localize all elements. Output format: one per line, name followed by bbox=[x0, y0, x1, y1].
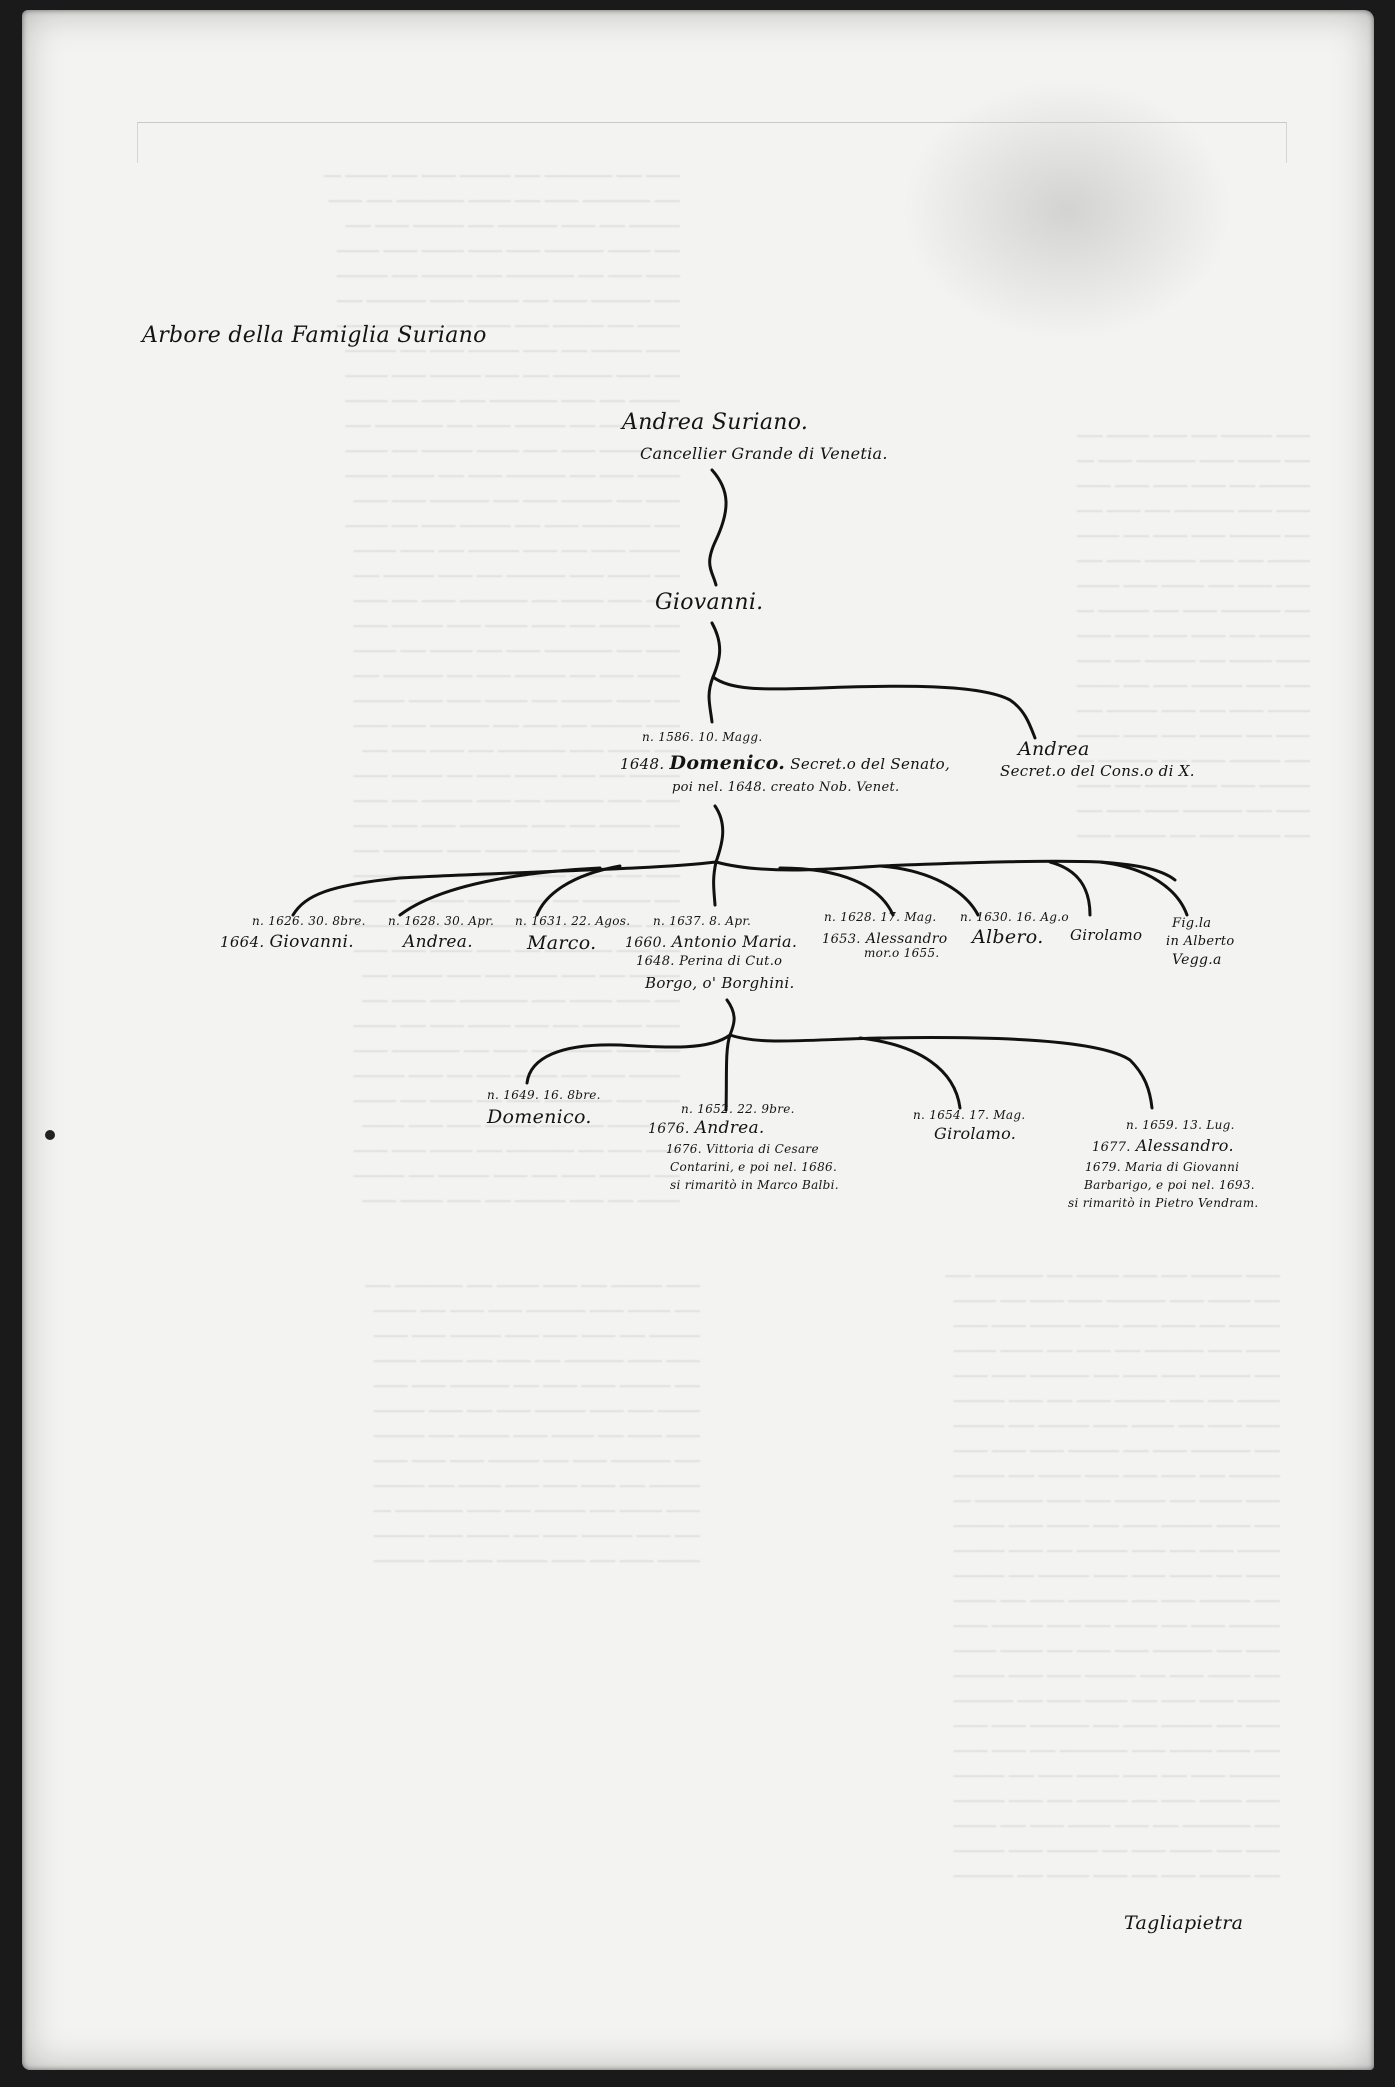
antonio-maria-spouse-family: Borgo, o' Borghini. bbox=[645, 974, 795, 992]
alessandro-2-birth: n. 1659. 13. Lug. bbox=[1126, 1118, 1235, 1132]
alessandro-2-name: Alessandro. bbox=[1136, 1136, 1234, 1155]
andrea-2-name: Andrea. bbox=[695, 1118, 765, 1138]
connector-to-figlia bbox=[1100, 862, 1187, 915]
connector-to-marco bbox=[537, 866, 620, 915]
alessandro-line: 1653. Alessandro bbox=[822, 928, 948, 947]
andrea-2-note-3: si rimaritò in Marco Balbi. bbox=[670, 1178, 839, 1192]
alessandro-2-line: 1677. Alessandro. bbox=[1092, 1136, 1234, 1155]
domenico-note: poi nel. 1648. creato Nob. Venet. bbox=[672, 780, 899, 795]
alberto-name: Albero. bbox=[972, 926, 1044, 948]
connector-to-giovanni bbox=[293, 862, 716, 915]
connector-to-girolamo bbox=[1050, 862, 1090, 915]
giovanni-child-name: Giovanni. bbox=[270, 932, 354, 952]
andrea-x-name: Andrea bbox=[1018, 738, 1090, 760]
domenico-2-name: Domenico. bbox=[487, 1106, 592, 1128]
andrea-2-line: 1676. Andrea. bbox=[648, 1118, 765, 1138]
figlia-note-2: Vegg.a bbox=[1172, 952, 1222, 968]
marco-name: Marco. bbox=[527, 932, 596, 954]
connector-to-alberto bbox=[880, 866, 978, 915]
domenico-office: Secret.o del Senato, bbox=[790, 755, 950, 773]
girolamo-name: Girolamo bbox=[1070, 926, 1142, 944]
alessandro-name: Alessandro bbox=[866, 931, 948, 947]
domenico-birth: n. 1586. 10. Magg. bbox=[642, 730, 762, 744]
alessandro-death: mor.o 1655. bbox=[864, 946, 940, 960]
giovanni-year: 1664. bbox=[220, 933, 264, 951]
alessandro-2-note-2: Barbarigo, e poi nel. 1693. bbox=[1084, 1178, 1255, 1192]
alessandro-birth: n. 1628. 17. Mag. bbox=[824, 910, 936, 924]
connector-giovanni-to-domenico bbox=[709, 623, 720, 722]
alessandro-2-year: 1677. bbox=[1092, 1140, 1131, 1155]
domenico-name: Domenico. bbox=[670, 752, 786, 774]
andrea-2-year: 1676. bbox=[648, 1121, 690, 1137]
domenico-line: 1648. Domenico. Secret.o del Senato, bbox=[620, 752, 950, 774]
andrea-child-name: Andrea. bbox=[403, 932, 473, 952]
marco-birth: n. 1631. 22. Agos. bbox=[515, 914, 630, 928]
alessandro-2-marriage: 1679. Maria di Giovanni bbox=[1085, 1160, 1239, 1174]
domenico-2-birth: n. 1649. 16. 8bre. bbox=[487, 1088, 601, 1102]
antonio-maria-year: 1660. bbox=[625, 935, 667, 951]
root-note: Cancellier Grande di Venetia. bbox=[640, 444, 888, 463]
figlia-name: Fig.la bbox=[1172, 916, 1211, 931]
antonio-maria-line: 1660. Antonio Maria. bbox=[625, 932, 797, 951]
antonio-maria-marriage: 1648. Perina di Cut.o bbox=[636, 954, 782, 969]
andrea-2-note-2: Contarini, e poi nel. 1686. bbox=[670, 1160, 837, 1174]
giovanni-name: Giovanni. bbox=[655, 590, 763, 615]
connector-giovanni-to-andrea-x bbox=[713, 677, 1035, 738]
giovanni-line: 1664. Giovanni. bbox=[220, 932, 354, 952]
connector-root-to-giovanni bbox=[710, 470, 726, 585]
giovanni-birth: n. 1626. 30. 8bre. bbox=[252, 914, 366, 928]
andrea-2-marriage: 1676. Vittoria di Cesare bbox=[666, 1142, 819, 1156]
root-name: Andrea Suriano. bbox=[622, 410, 808, 435]
connector-domenico-trunk bbox=[714, 806, 723, 905]
figlia-note: in Alberto bbox=[1166, 934, 1235, 949]
connector-to-domenico-2 bbox=[527, 1035, 730, 1083]
connector-to-girolamo-2 bbox=[860, 1038, 960, 1108]
antonio-maria-name: Antonio Maria. bbox=[672, 932, 798, 951]
signature: Tagliapietra bbox=[1124, 1912, 1243, 1934]
girolamo-2-name: Girolamo. bbox=[934, 1124, 1016, 1143]
family-tree-connectors bbox=[0, 0, 1395, 2087]
andrea-birth: n. 1628. 30. Apr. bbox=[388, 914, 494, 928]
andrea-2-birth: n. 1652. 22. 9bre. bbox=[681, 1102, 795, 1116]
domenico-year: 1648. bbox=[620, 755, 664, 773]
connector-to-alessandro bbox=[780, 868, 893, 915]
connector-antonio-trunk bbox=[726, 1000, 734, 1110]
alessandro-year: 1653. bbox=[822, 932, 861, 947]
alessandro-2-note-3: si rimaritò in Pietro Vendram. bbox=[1068, 1196, 1259, 1210]
document-title: Arbore della Famiglia Suriano bbox=[142, 323, 487, 348]
antonio-maria-birth: n. 1637. 8. Apr. bbox=[653, 914, 751, 928]
alberto-birth: n. 1630. 16. Ag.o bbox=[960, 910, 1069, 924]
andrea-x-note: Secret.o del Cons.o di X. bbox=[1000, 762, 1195, 780]
girolamo-2-birth: n. 1654. 17. Mag. bbox=[913, 1108, 1025, 1122]
